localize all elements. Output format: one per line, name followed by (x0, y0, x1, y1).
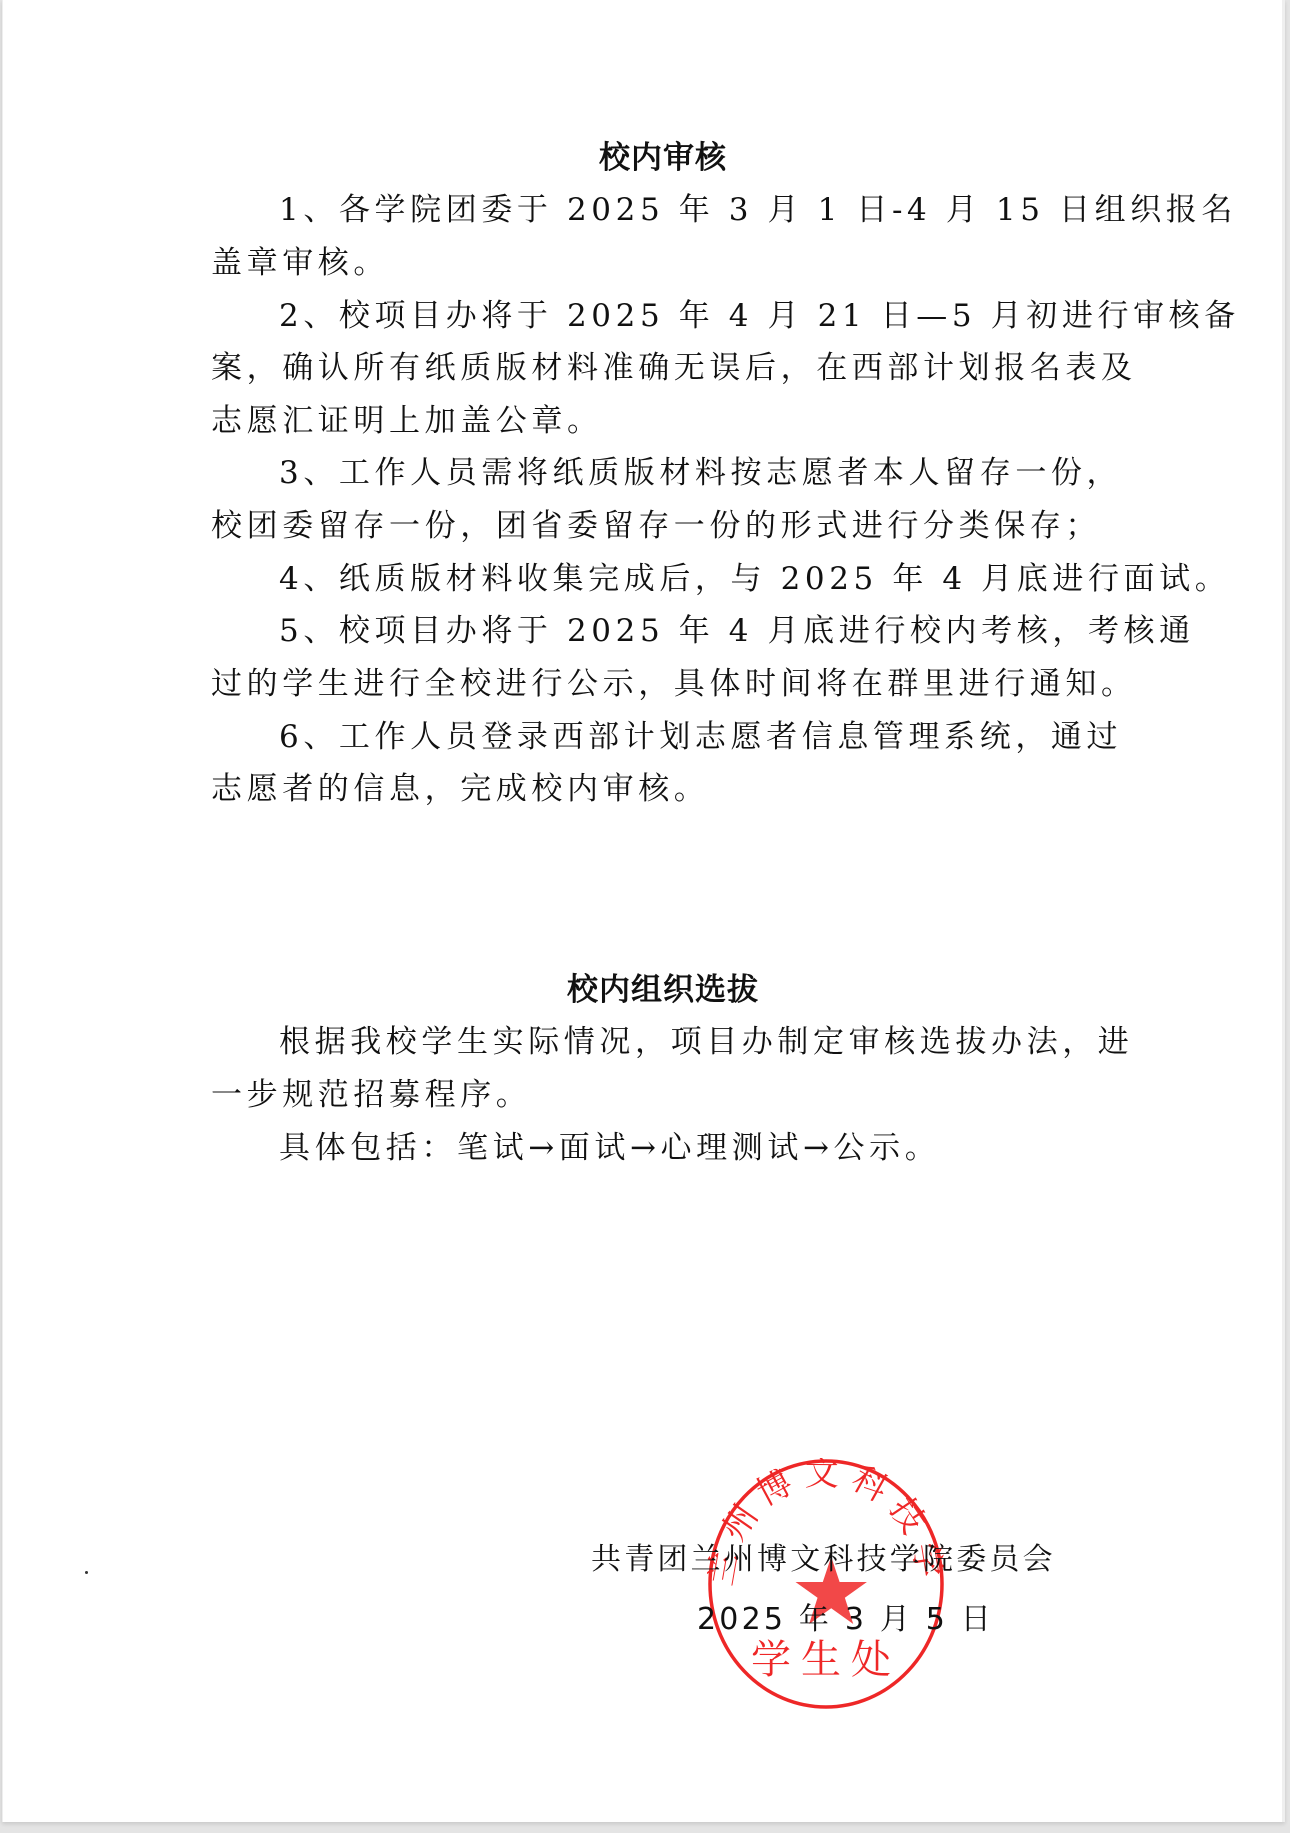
item-2-line-2: 案，确认所有纸质版材料准确无误后，在西部计划报名表及 (211, 348, 1137, 388)
section-title-school-selection: 校内组织选拔 (567, 970, 759, 1010)
item-5-line-2: 过的学生进行全校进行公示，具体时间将在群里进行通知。 (211, 664, 1137, 704)
selection-paragraph-1-line-2: 一步规范招募程序。 (211, 1075, 531, 1115)
selection-paragraph-2-line-1: 具体包括：笔试→面试→心理测试→公示。 (279, 1128, 940, 1168)
official-seal-stamp: 兰州博文科技学院 学生处 (707, 1458, 945, 1710)
item-2-line-3: 志愿汇证明上加盖公章。 (211, 401, 603, 441)
document-page: 校内审核 1、各学院团委于 2025 年 3 月 1 日-4 月 15 日组织报… (2, 0, 1285, 1822)
item-1-line-1: 1、各学院团委于 2025 年 3 月 1 日-4 月 15 日组织报名 (279, 190, 1237, 230)
svg-text:学生处: 学生处 (751, 1637, 901, 1683)
item-4-line-1: 4、纸质版材料收集完成后，与 2025 年 4 月底进行面试。 (279, 559, 1230, 599)
signature-organization: 共青团兰州博文科技学院委员会 (591, 1540, 1056, 1580)
item-6-line-2: 志愿者的信息，完成校内审核。 (211, 769, 709, 809)
scan-speck (85, 1571, 88, 1574)
selection-paragraph-1-line-1: 根据我校学生实际情况，项目办制定审核选拔办法，进 (279, 1022, 1133, 1062)
item-2-line-1: 2、校项目办将于 2025 年 4 月 21 日—5 月初进行审核备 (279, 296, 1240, 336)
item-6-line-1: 6、工作人员登录西部计划志愿者信息管理系统，通过 (279, 717, 1122, 757)
section-title-school-review: 校内审核 (599, 138, 727, 178)
item-3-line-1: 3、工作人员需将纸质版材料按志愿者本人留存一份， (279, 453, 1122, 493)
item-1-line-2: 盖章审核。 (211, 243, 389, 283)
item-5-line-1: 5、校项目办将于 2025 年 4 月底进行校内考核，考核通 (279, 611, 1195, 651)
item-3-line-2: 校团委留存一份，团省委留存一份的形式进行分类保存； (211, 506, 1101, 546)
signature-date: 2025 年 3 月 5 日 (697, 1600, 994, 1640)
